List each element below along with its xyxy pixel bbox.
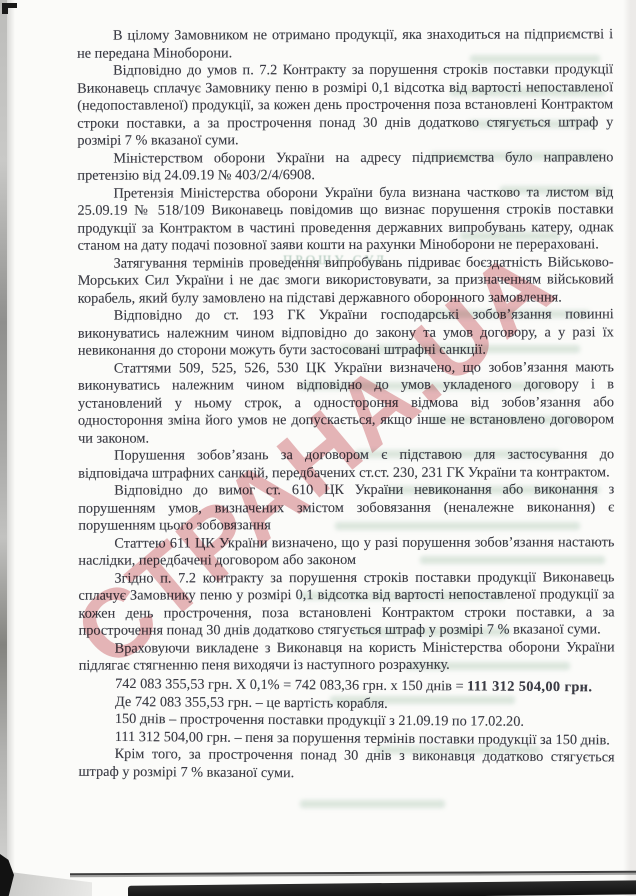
paragraph-conclusion: Враховуючи викладене з Виконавця на кори… [79,639,615,675]
bottom-horizontal-rule [70,871,636,875]
paragraph-contract-7-2: Відповідно до умов п. 7.2 Контракту за п… [77,61,613,150]
paragraph-art-509: Статтями 509, 525, 526, 530 ЦК України в… [78,359,614,448]
paragraph-contract-penalty: Згідно п. 7.2 контракту за порушення стр… [78,569,614,640]
paragraph-art-611: Статтею 611 ЦК України визначено, що у р… [78,534,614,570]
paragraph-breach-sanctions: Порушення зобов’язань за договором є під… [78,446,614,482]
scan-left-edge-fade [7,0,15,896]
calculation-block: 742 083 355,53 грн. Х 0,1% = 742 083,36 … [78,675,615,784]
top-left-ink-mark [2,3,8,14]
paragraph-art-610: Відповідно до вимог ст. 610 ЦК України н… [78,481,614,535]
paragraph-delay-impact: Затягування термінів проведення випробув… [78,254,614,308]
paragraph-art-193: Відповідно до ст. 193 ГК України господа… [78,306,614,360]
paragraph-closing-fine: Крім того, за прострочення понад 30 днів… [78,745,614,784]
document-text-column: В цілому Замовником не отримано продукці… [77,26,615,780]
paragraph-claim-recognized: Претензія Міністерства оборони України б… [77,184,613,255]
paragraph-claim-sent: Міністерством оборони України на адресу … [77,149,613,185]
scan-right-edge-shadow [623,0,636,896]
paragraph-not-received: В цілому Замовником не отримано продукці… [77,26,613,62]
scanned-legal-document-page: ПРОШУ СУД В цілому Замовником не отриман… [0,0,636,896]
scan-left-edge-shadow [0,0,7,896]
calc-result: 111 312 504,00 грн. [467,678,592,695]
bottom-black-scan-band [128,880,636,896]
calc-formula: 742 083 355,53 грн. Х 0,1% = 742 083,36 … [115,675,467,693]
bleedthrough-line [300,800,445,808]
